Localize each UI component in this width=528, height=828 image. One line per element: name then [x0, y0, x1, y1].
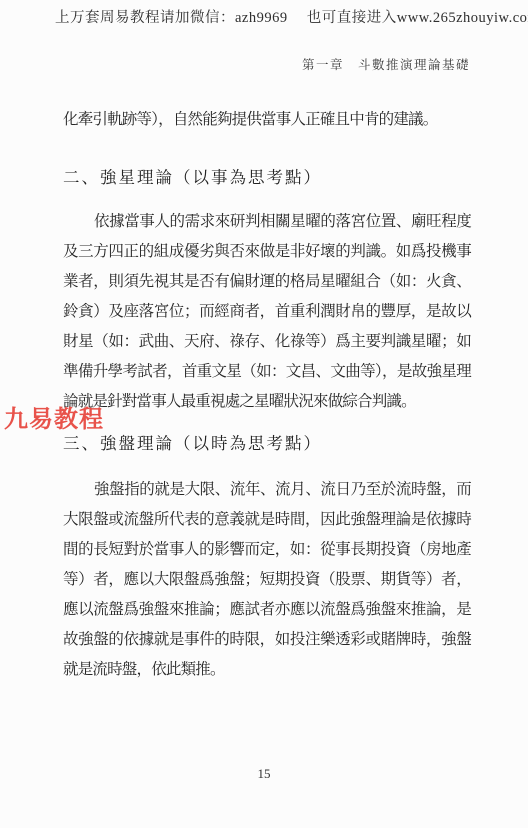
paragraph-continuation: 化牽引軌跡等），自然能夠提供當事人正確且中肯的建議。	[63, 105, 471, 135]
page-number: 15	[0, 766, 528, 782]
section-heading-strong-star: 二、強星理論（以事為思考點）	[63, 165, 471, 191]
paragraph-strong-chart-theory: 強盤指的就是大限、流年、流月、流日乃至於流時盤，而大限盤或流盤所代表的意義就是時…	[63, 475, 471, 685]
promo-header-line: 上万套周易教程请加微信：azh9969 也可直接进入www.265zhouyiw…	[55, 6, 485, 27]
section-heading-strong-chart: 三、強盤理論（以時為思考點）	[63, 431, 471, 457]
watermark-jiuyi-jiaocheng: 九易教程	[4, 399, 104, 434]
chapter-header: 第一章 斗數推演理論基礎	[302, 55, 470, 73]
book-page: 上万套周易教程请加微信：azh9969 也可直接进入www.265zhouyiw…	[0, 0, 528, 828]
paragraph-strong-star-theory: 依據當事人的需求來研判相關星曜的落宮位置、廟旺程度及三方四正的組成優劣與否來做是…	[63, 207, 471, 417]
page-body: 化牽引軌跡等），自然能夠提供當事人正確且中肯的建議。 二、強星理論（以事為思考點…	[63, 105, 471, 685]
